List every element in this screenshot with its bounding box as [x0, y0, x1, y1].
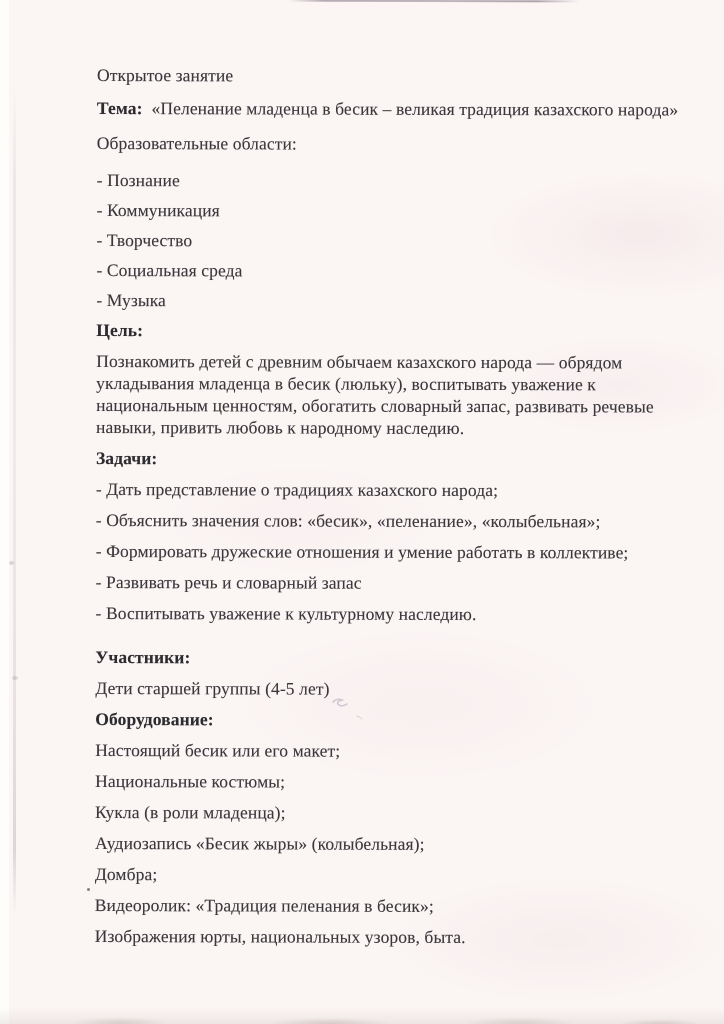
goal-line: Познакомить детей с древним обычаем каза… — [96, 350, 686, 374]
theme-text: «Пеленание младенца в бесик – великая тр… — [152, 98, 679, 119]
task-item: - Воспитывать уважение к культурному нас… — [96, 602, 686, 626]
task-item: - Объяснить значения слов: «бесик», «пел… — [96, 509, 686, 533]
stray-dot-artifact — [87, 888, 90, 891]
scanned-page: Открытое занятие Тема:«Пеленание младенц… — [0, 0, 724, 1024]
equipment-item: Домбра; — [95, 863, 685, 887]
task-item: - Формировать дружеские отношения и умен… — [96, 540, 686, 564]
edu-area-item: - Коммуникация — [97, 199, 687, 223]
goal-line: навыки, привить любовь к народному насле… — [96, 416, 686, 440]
paper-crease-artifact — [13, 85, 16, 915]
edu-area-item: - Социальная среда — [96, 259, 686, 283]
task-item: - Дать представление о традициях казахск… — [96, 478, 686, 502]
edu-area-item: - Познание — [97, 169, 687, 193]
scan-top-edge-artifact — [288, 0, 580, 2]
participants-heading: Участники: — [95, 646, 685, 670]
goal-paragraph: Познакомить детей с древним обычаем каза… — [96, 350, 686, 440]
edu-areas-heading: Образовательные области: — [97, 132, 687, 156]
theme-line: Тема:«Пеленание младенца в бесик – велик… — [97, 97, 687, 121]
task-item: - Развивать речь и словарный запас — [96, 571, 686, 595]
goal-line: укладывания младенца в бесик (люльку), в… — [96, 372, 686, 396]
goal-heading: Цель: — [96, 319, 686, 343]
paper-speck-artifact — [12, 676, 18, 680]
theme-label: Тема: — [97, 98, 143, 118]
equipment-item: Изображения юрты, национальных узоров, б… — [95, 925, 685, 949]
equipment-item: Настоящий бесик или его макет; — [95, 739, 685, 763]
equipment-item: Аудиозапись «Бесик жыры» (колыбельная); — [95, 832, 685, 856]
scan-bottom-edge-artifact — [0, 1008, 724, 1024]
equipment-item: Национальные костюмы; — [95, 770, 685, 794]
equipment-heading: Оборудование: — [95, 708, 685, 732]
left-scan-strip-artifact — [0, 0, 9, 1024]
lesson-type-line: Открытое занятие — [97, 64, 687, 88]
participants-heading-label: Участники: — [95, 647, 190, 667]
goal-heading-label: Цель: — [96, 320, 143, 340]
tasks-heading: Задачи: — [96, 447, 686, 471]
edu-area-item: - Музыка — [96, 289, 686, 313]
equipment-item: Кукла (в роли младенца); — [95, 801, 685, 825]
paper-speck-artifact — [9, 561, 14, 565]
equipment-item: Видеоролик: «Традиция пеленания в бесик»… — [95, 894, 685, 918]
edu-area-item: - Творчество — [97, 229, 687, 253]
goal-line: национальным ценностям, обогатить словар… — [96, 394, 686, 418]
document-body: Открытое занятие Тема:«Пеленание младенц… — [95, 64, 687, 958]
participants-value: Дети старшей группы (4-5 лет) — [95, 677, 685, 701]
tasks-heading-label: Задачи: — [96, 448, 157, 468]
equipment-heading-label: Оборудование: — [95, 709, 214, 729]
